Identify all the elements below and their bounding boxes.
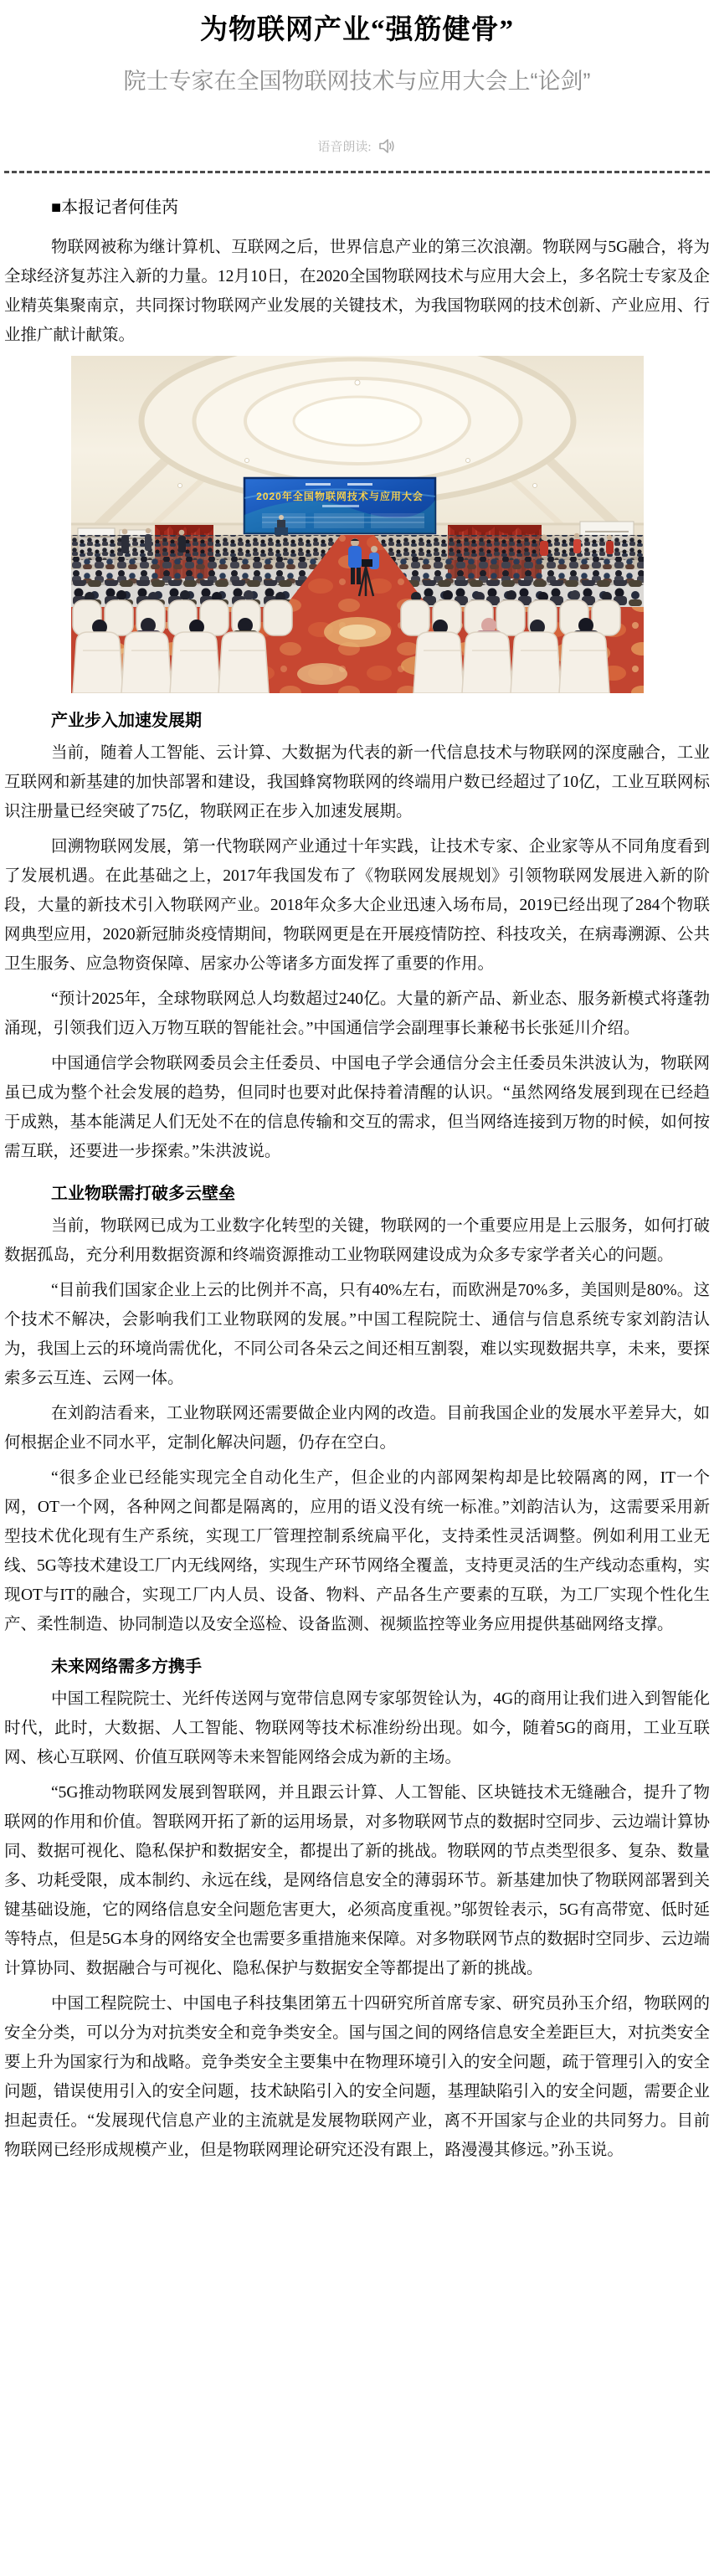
paragraph: “很多企业已经能实现完全自动化生产，但企业的内部网架构却是比较隔离的网，IT一个… xyxy=(4,1463,710,1639)
paragraph: 当前，物联网已成为工业数字化转型的关键，物联网的一个重要应用是上云服务，如何打破… xyxy=(4,1211,710,1270)
paragraph: “目前我们国家企业上云的比例并不高，只有40%左右，而欧洲是70%多，美国则是8… xyxy=(4,1276,710,1393)
speaker-icon xyxy=(378,137,397,161)
photo-led-screen: 2020年全国物联网技术与应用大会 xyxy=(244,478,435,533)
screen-title-text: 2020年全国物联网技术与应用大会 xyxy=(256,490,424,502)
intro-paragraph: 物联网被称为继计算机、互联网之后，世界信息产业的第三次浪潮。物联网与5G融合，将… xyxy=(4,233,710,350)
section-heading-2: 工业物联需打破多云壁垒 xyxy=(4,1180,710,1204)
paragraph: 中国通信学会物联网委员会主任委员、中国电子学会通信分会主任委员朱洪波认为，物联网… xyxy=(4,1049,710,1166)
paragraph: 中国工程院院士、中国电子科技集团第五十四研究所首席专家、研究员孙玉介绍，物联网的… xyxy=(4,1989,710,2165)
tts-label: 语音朗读: xyxy=(317,141,371,154)
byline: ■本报记者何佳芮 xyxy=(4,193,710,223)
paragraph: 在刘韵洁看来，工业物联网还需要做企业内网的改造。目前我国企业的发展水平差异大，如… xyxy=(4,1399,710,1458)
page-title: 为物联网产业“强筋健骨” xyxy=(0,12,714,49)
article-body: ■本报记者何佳芮 物联网被称为继计算机、互联网之后，世界信息产业的第三次浪潮。物… xyxy=(0,173,714,2165)
conference-photo-illustration: 2020年全国物联网技术与应用大会 xyxy=(71,356,644,693)
paragraph: “5G推动物联网发展到智联网，并且跟云计算、人工智能、区块链技术无缝融合，提升了… xyxy=(4,1778,710,1983)
paragraph: 回溯物联网发展，第一代物联网产业通过十年实践，让技术专家、企业家等从不同角度看到… xyxy=(4,832,710,979)
tts-button[interactable]: 语音朗读: xyxy=(0,137,714,161)
paragraph: 中国工程院院士、光纤传送网与宽带信息网专家邬贺铨认为，4G的商用让我们进入到智能… xyxy=(4,1684,710,1772)
paragraph: 当前，随着人工智能、云计算、大数据为代表的新一代信息技术与物联网的深度融合，工业… xyxy=(4,738,710,826)
page-subtitle: 院士专家在全国物联网技术与应用大会上“论剑” xyxy=(0,65,714,97)
section-heading-3: 未来网络需多方携手 xyxy=(4,1653,710,1677)
article-header: 为物联网产业“强筋健骨” 院士专家在全国物联网技术与应用大会上“论剑” xyxy=(0,0,714,97)
article-page: 为物联网产业“强筋健骨” 院士专家在全国物联网技术与应用大会上“论剑” 语音朗读… xyxy=(0,0,714,2576)
section-heading-1: 产业步入加速发展期 xyxy=(4,707,710,731)
conference-photo: 2020年全国物联网技术与应用大会 xyxy=(71,356,644,693)
paragraph: “预计2025年，全球物联网总人均数超过240亿。大量的新产品、新业态、服务新模… xyxy=(4,985,710,1043)
